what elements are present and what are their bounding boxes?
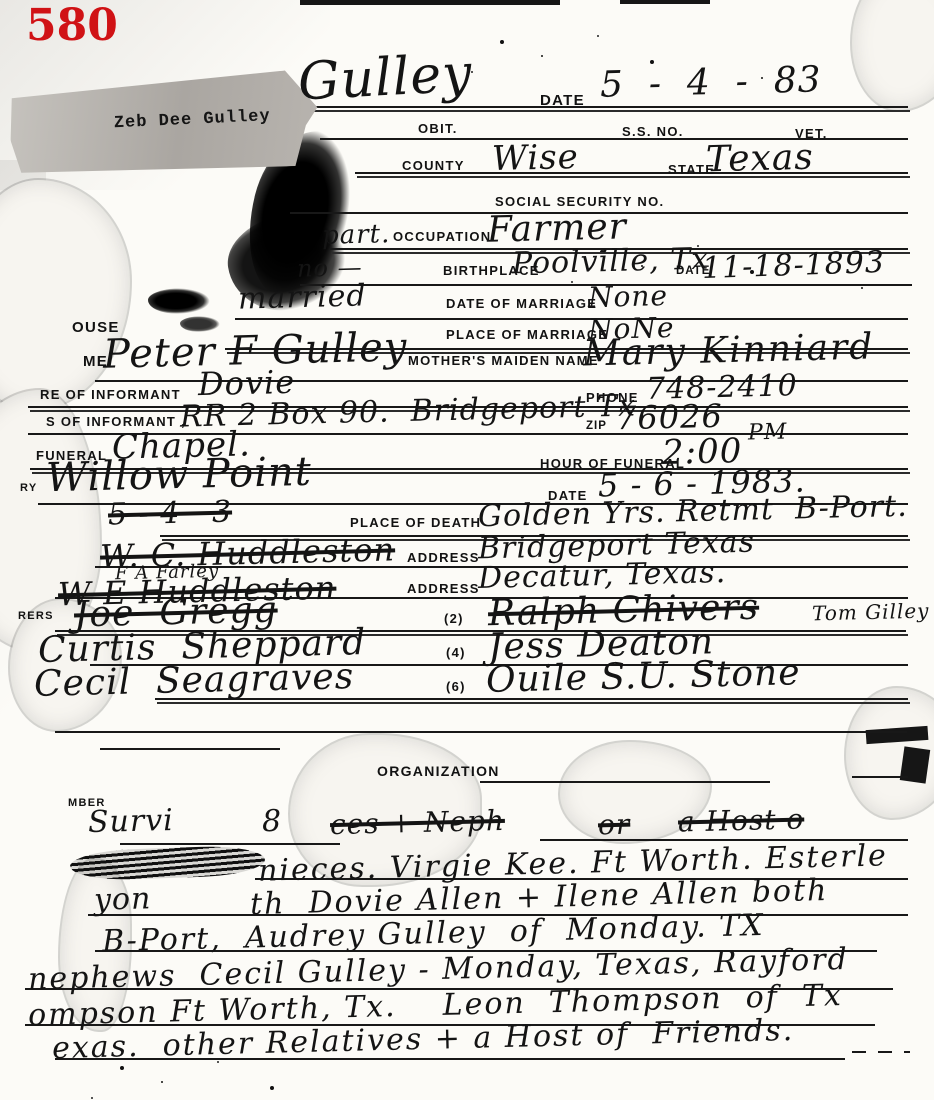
address-label: ADDRESS	[407, 581, 480, 596]
pallbearer-number-6: (6)	[446, 679, 466, 694]
form-rule-dashed	[852, 1051, 910, 1053]
scan-edge-mark	[900, 746, 930, 783]
pallbearer-name: Ouile S.U. Stone	[486, 652, 801, 701]
torn-paper-patch	[852, 0, 934, 110]
informant-signature-label: RE OF INFORMANT	[40, 387, 181, 402]
ssn-label: S.S. NO.	[622, 124, 684, 139]
form-rule	[852, 776, 908, 778]
pallbearer-extra-name: Tom Gilley	[812, 599, 930, 626]
obit-label: OBIT.	[418, 121, 458, 136]
survivors-fragment: yon	[94, 881, 152, 917]
cemetery-label-fragment: RY	[20, 482, 37, 494]
survivors-number: 8	[262, 804, 283, 839]
form-rule	[55, 731, 907, 733]
survivors-struck-text: ces + Neph	[330, 804, 506, 841]
pallbearer-number-4: (4)	[446, 645, 466, 660]
state-value: Texas	[706, 137, 815, 181]
county-value: Wise	[492, 137, 580, 179]
scanned-funeral-record: 580 Zeb Dee Gulley Gulley DATE 5 - 4 - 8…	[0, 0, 934, 1100]
date-value: 5 - 4 - 83	[600, 59, 822, 105]
form-rule	[120, 843, 340, 845]
cemetery-value: Willow Point	[45, 449, 312, 501]
hour-suffix: PM	[748, 420, 788, 446]
scan-speckles	[120, 1066, 124, 1070]
scribbled-out-text	[70, 845, 266, 882]
pallbearer-number-2: (2)	[444, 611, 464, 626]
scan-edge-mark	[620, 0, 710, 4]
organization-label: ORGANIZATION	[377, 763, 500, 779]
pallbearers-label-fragment: RERS	[18, 610, 54, 622]
zip-label: ZIP	[586, 420, 607, 432]
survivors-struck-text: a Host o	[678, 802, 805, 838]
form-rule	[480, 781, 770, 783]
mothers-maiden-name-label: MOTHER'S MAIDEN NAME	[408, 353, 599, 368]
date-of-marriage-label: DATE OF MARRIAGE	[446, 296, 597, 311]
scan-speckles	[500, 40, 504, 44]
fragment-part: part.	[322, 219, 391, 251]
name-tag-text: Zeb Dee Gulley	[114, 107, 272, 133]
fragment-married: married	[238, 278, 367, 316]
mothers-maiden-name-value: Mary Kinniard	[583, 326, 875, 374]
form-rule	[100, 748, 280, 750]
index-number: 580	[26, 0, 118, 51]
struck-date: 5 - 4 3	[108, 494, 233, 532]
survivors-struck-text: or	[598, 808, 631, 842]
occupation-label: OCCUPATION	[393, 229, 491, 244]
ink-blot	[148, 288, 210, 314]
date-of-marriage-value: None	[588, 279, 669, 314]
address-label: ADDRESS	[407, 550, 480, 565]
place-of-death-label: PLACE OF DEATH	[350, 515, 481, 530]
pallbearer-name: Cecil Seagraves	[34, 656, 355, 705]
form-rule	[235, 318, 908, 320]
birthdate-value: 11-18-1893	[701, 245, 885, 286]
county-label: COUNTY	[402, 158, 465, 173]
surname-script: Gulley	[297, 43, 474, 112]
survivors-fragment: Survi	[88, 803, 175, 840]
scan-edge-mark	[300, 0, 560, 5]
date-label: DATE	[540, 92, 585, 109]
